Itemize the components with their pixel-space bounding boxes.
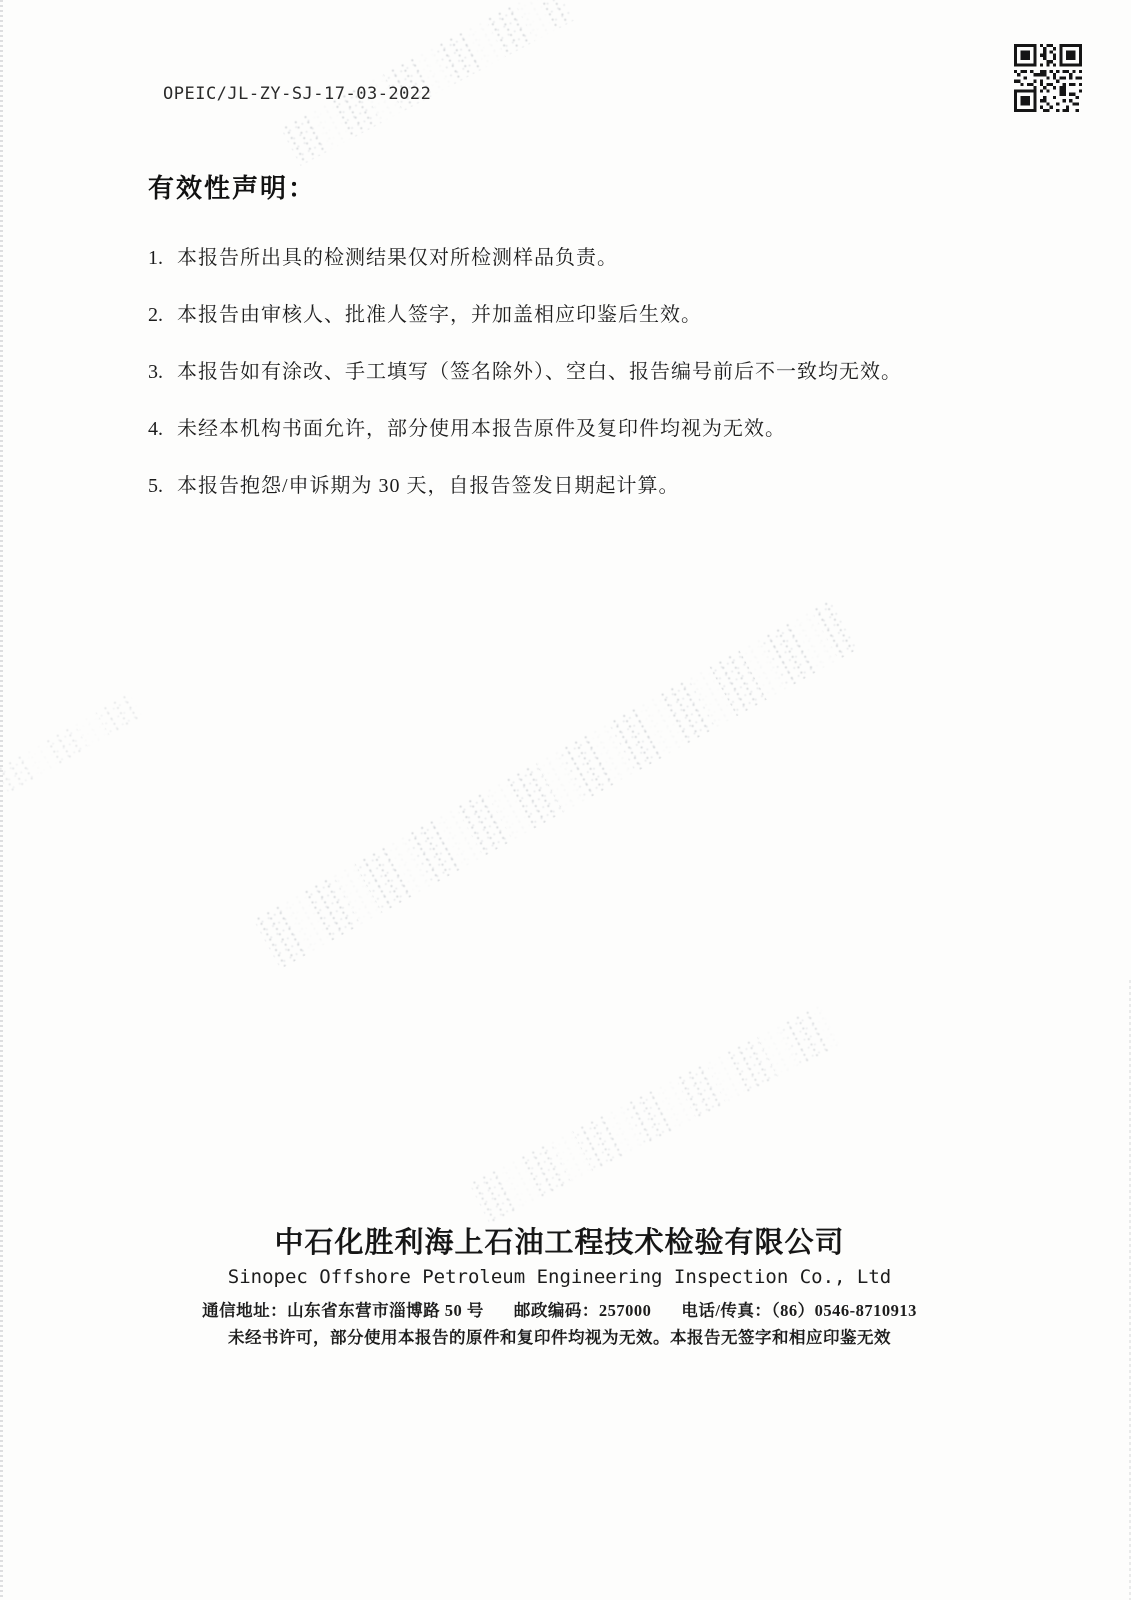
document-code: OPEIC/JL-ZY-SJ-17-03-2022 bbox=[163, 84, 431, 104]
list-item: 4. 未经本机构书面允许，部分使用本报告原件及复印件均视为无效。 bbox=[148, 417, 1008, 441]
validity-notice: 未经书许可，部分使用本报告的原件和复印件均视为无效。本报告无签字和相应印鉴无效 bbox=[0, 1327, 1119, 1349]
item-number: 5. bbox=[148, 474, 163, 498]
bleed-through-artifact bbox=[0, 691, 145, 796]
company-postcode: 邮政编码：257000 bbox=[514, 1300, 652, 1322]
bleed-through-artifact bbox=[252, 599, 857, 970]
item-text: 未经本机构书面允许，部分使用本报告原件及复印件均视为无效。 bbox=[177, 417, 786, 441]
report-page: OPEIC/JL-ZY-SJ-17-03-2022 bbox=[0, 0, 1131, 1600]
company-footer: 中石化胜利海上石油工程技术检验有限公司 Sinopec Offshore Pet… bbox=[0, 1224, 1119, 1349]
item-number: 1. bbox=[148, 246, 163, 270]
list-item: 5. 本报告抱怨/申诉期为 30 天，自报告签发日期起计算。 bbox=[148, 474, 1008, 498]
item-text: 本报告抱怨/申诉期为 30 天，自报告签发日期起计算。 bbox=[177, 474, 680, 498]
qr-code-icon bbox=[1013, 44, 1083, 112]
bleed-through-artifact bbox=[468, 1003, 843, 1227]
contact-line: 通信地址：山东省东营市淄博路 50 号 邮政编码：257000 电话/传真：（8… bbox=[0, 1300, 1119, 1322]
item-text: 本报告如有涂改、手工填写（签名除外）、空白、报告编号前后不一致均无效。 bbox=[177, 360, 902, 384]
item-number: 2. bbox=[148, 303, 163, 327]
list-item: 2. 本报告由审核人、批准人签字，并加盖相应印鉴后生效。 bbox=[148, 303, 1008, 327]
company-name-cn: 中石化胜利海上石油工程技术检验有限公司 bbox=[0, 1224, 1119, 1262]
company-phone: 电话/传真：（86）0546-8710913 bbox=[681, 1300, 917, 1322]
item-text: 本报告所出具的检测结果仅对所检测样品负责。 bbox=[177, 246, 618, 270]
company-address: 通信地址：山东省东营市淄博路 50 号 bbox=[202, 1300, 484, 1322]
page-title: 有效性声明： bbox=[148, 168, 316, 205]
item-number: 3. bbox=[148, 360, 163, 384]
scan-edge-left bbox=[0, 0, 3, 1600]
statement-list: 1. 本报告所出具的检测结果仅对所检测样品负责。 2. 本报告由审核人、批准人签… bbox=[148, 246, 1008, 498]
scanned-report-page: { "document": { "code": "OPEIC/JL-ZY-SJ-… bbox=[0, 0, 1131, 1600]
item-number: 4. bbox=[148, 417, 163, 441]
item-text: 本报告由审核人、批准人签字，并加盖相应印鉴后生效。 bbox=[177, 303, 702, 327]
list-item: 3. 本报告如有涂改、手工填写（签名除外）、空白、报告编号前后不一致均无效。 bbox=[148, 360, 1008, 384]
company-name-en: Sinopec Offshore Petroleum Engineering I… bbox=[0, 1264, 1119, 1290]
list-item: 1. 本报告所出具的检测结果仅对所检测样品负责。 bbox=[148, 246, 1008, 270]
